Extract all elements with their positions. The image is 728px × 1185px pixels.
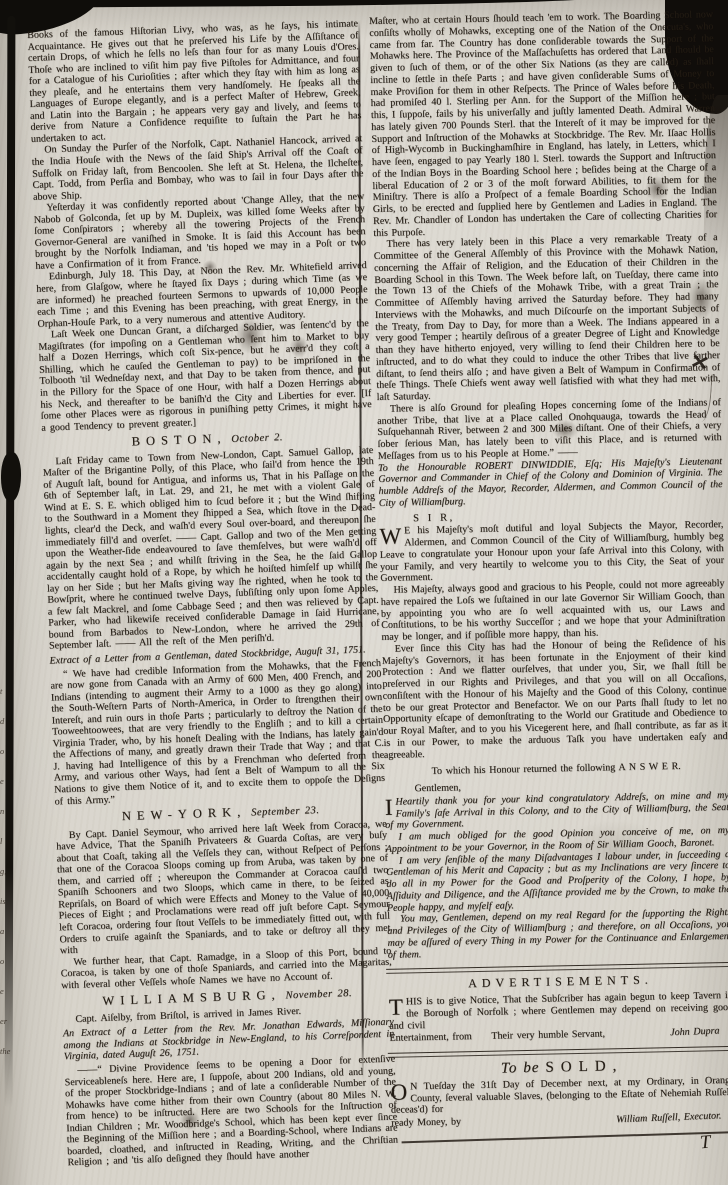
signature-name: William Ruſſell, Executor.: [616, 1110, 728, 1126]
heading-date: November 28.: [280, 988, 352, 1002]
double-rule: [386, 962, 728, 974]
heading-pre: To be: [501, 1060, 546, 1077]
paragraph: Books of the famous Hiſtorian Livy, who …: [27, 18, 362, 145]
edge-glyph: er: [0, 1016, 14, 1026]
heading-caps: SOLD,: [545, 1058, 623, 1076]
facing-page-edge-glyphs: tdoenlg,isaoeerthe: [0, 686, 14, 1056]
paragraph: There has very lately been in this Place…: [373, 232, 720, 403]
edge-glyph: g,: [0, 866, 14, 876]
dateline-heading: ADVERTISEMENTS.: [388, 973, 728, 993]
paragraph: Laſt Week one Duncan Grant, a diſcharged…: [38, 318, 373, 434]
bottom-rule: [402, 1131, 728, 1143]
paragraph-italic: I am very ſenſible of the many Diſadvant…: [386, 848, 728, 914]
binding-blob: [1, 452, 21, 502]
edge-glyph: o: [0, 746, 14, 756]
paragraph: Maſter, who at certain Hours ſhould teac…: [369, 9, 717, 239]
paragraph: By Capt. Daniel Seymour, who arrived her…: [56, 818, 391, 957]
edge-glyph: e: [0, 776, 14, 786]
edge-glyph: the: [0, 1046, 14, 1056]
paragraph: There is alſo Ground for pleaſing Hopes …: [377, 397, 722, 463]
paragraph-dropcap: THIS is to give Notice, That the Subſcri…: [389, 990, 728, 1032]
signature-row-left: Entertainment, from: [389, 1031, 472, 1044]
paragraph-italic: You may, Gentlemen, depend on my real Re…: [387, 907, 728, 961]
signature-row-left: ready Money, by: [391, 1116, 461, 1129]
answer-heading: To which his Honour returned the followi…: [384, 760, 728, 779]
paragraph: Yeſterday it was confidently reported ab…: [33, 191, 366, 272]
heading-city: ADVERTISEMENTS.: [468, 973, 653, 991]
paragraph-dropcap: WE his Majeſty's moſt dutiful and loyal …: [379, 519, 724, 585]
catchword: T: [699, 1132, 711, 1155]
newspaper-page: Books of the famous Hiſtorian Livy, who …: [0, 0, 728, 1185]
paragraph: “ We have had credible Information from …: [50, 657, 386, 807]
paragraph: Ever ſince this City has had the Honour …: [382, 637, 728, 761]
edge-glyph: o: [0, 956, 14, 966]
signature-name: John Dupra: [624, 1025, 728, 1041]
signature-row-center: [461, 1121, 616, 1124]
edge-glyph: n: [0, 806, 14, 816]
address-heading: To the Honourable ROBERT DINWIDDIE, Eſq;…: [378, 456, 723, 510]
right-column: Maſter, who at certain Hours ſhould teac…: [369, 9, 728, 1141]
paragraph: Laſt Friday came to Town from New-London…: [42, 445, 380, 653]
paragraph-dropcap: ON Tueſday the 31ſt Day of December next…: [390, 1075, 728, 1117]
heading-date: October 2.: [226, 432, 283, 445]
heading-city: WILLIAMSBURG,: [102, 988, 281, 1008]
heading-date: September 23.: [246, 805, 319, 819]
paragraph: His Majeſty, always good and gracious to…: [380, 578, 725, 644]
left-column: Books of the famous Hiſtorian Livy, who …: [27, 18, 399, 1169]
heading-city: BOSTON,: [131, 431, 226, 448]
signature-row-center: Their very humble Servant,: [472, 1028, 625, 1043]
double-rule: [388, 1046, 728, 1058]
heading-city: NEW-YORK,: [122, 805, 247, 823]
edge-glyph: a: [0, 926, 14, 936]
edge-glyph: e: [0, 986, 14, 996]
edge-glyph: t: [0, 686, 14, 696]
edge-glyph: l: [0, 836, 14, 846]
edge-glyph: is: [0, 896, 14, 906]
paragraph: ——“ Divine Providence ſeems to be openin…: [64, 1054, 399, 1170]
edge-glyph: d: [0, 716, 14, 726]
